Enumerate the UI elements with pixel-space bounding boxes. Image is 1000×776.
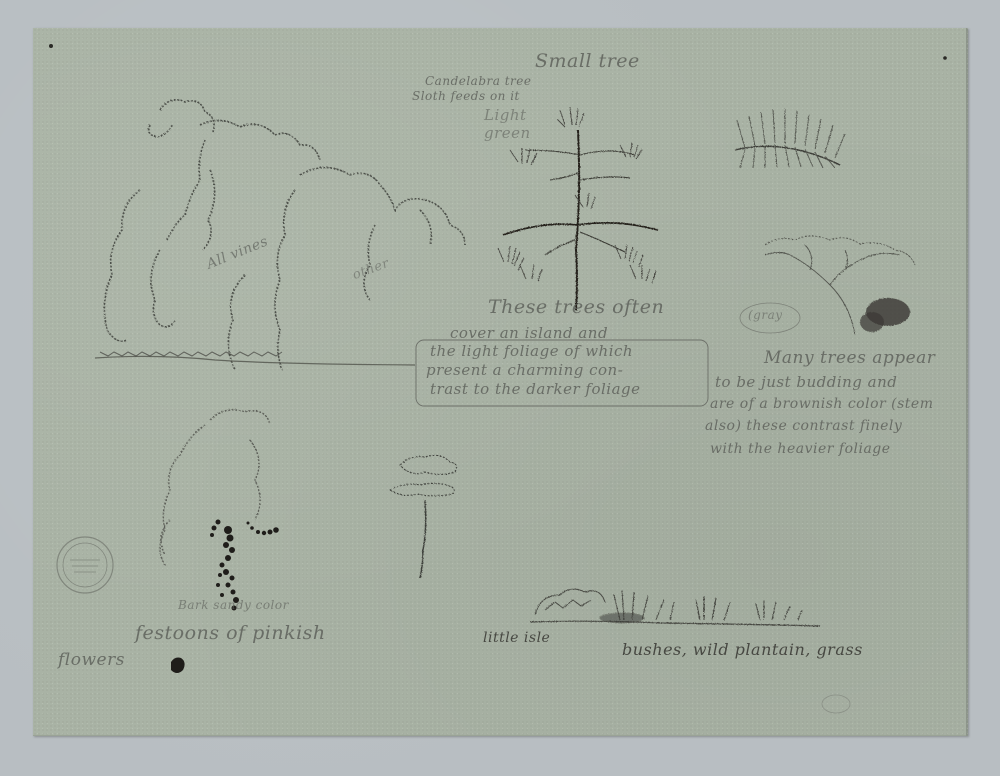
thin-tree-sketch <box>390 455 457 578</box>
little-isle-sketch <box>530 589 820 626</box>
note-many-trees-4: also) these contrast finely <box>705 418 902 434</box>
note-little-isle: little isle <box>483 630 550 646</box>
note-many-trees-5: with the heavier foliage <box>710 441 891 457</box>
note-many-trees-1: Many trees appear <box>764 348 935 368</box>
ground-line <box>95 356 415 365</box>
festooned-tree-sketch <box>160 410 270 565</box>
note-island-4: trast to the darker foliage <box>430 380 641 398</box>
note-island-1: cover an island and <box>450 324 608 342</box>
note-many-trees-3: are of a brownish color (stem <box>710 396 934 412</box>
ink-festoons <box>171 520 279 674</box>
ink-blot <box>171 658 185 674</box>
note-candelabra-tree: Candelabra tree <box>425 74 532 88</box>
note-light: Light <box>484 106 527 124</box>
note-sloth-feeds: Sloth feeds on it <box>412 89 520 103</box>
note-festoons: festoons of pinkish <box>135 622 326 644</box>
note-island-3: present a charming con- <box>426 361 623 379</box>
note-flowers: flowers <box>58 650 125 670</box>
note-green: green <box>484 124 531 142</box>
pin-hole <box>49 44 53 48</box>
inventory-mark <box>822 695 850 713</box>
dark-foliage-patch <box>860 298 910 332</box>
grass-scribble <box>100 352 282 356</box>
note-small-tree: Small tree <box>535 50 640 72</box>
note-bushes: bushes, wild plantain, grass <box>622 640 863 659</box>
note-island-2: the light foliage of which <box>430 342 633 360</box>
vine-trees-sketch <box>104 100 465 370</box>
note-these-trees: These trees often <box>488 296 664 318</box>
note-bark-sandy: Bark sandy color <box>178 598 289 612</box>
collection-stamp <box>57 537 113 593</box>
palm-frond-sketch <box>735 109 845 168</box>
pin-hole <box>943 56 947 60</box>
note-gray: (gray <box>748 308 783 322</box>
note-many-trees-2: to be just budding and <box>715 373 897 391</box>
